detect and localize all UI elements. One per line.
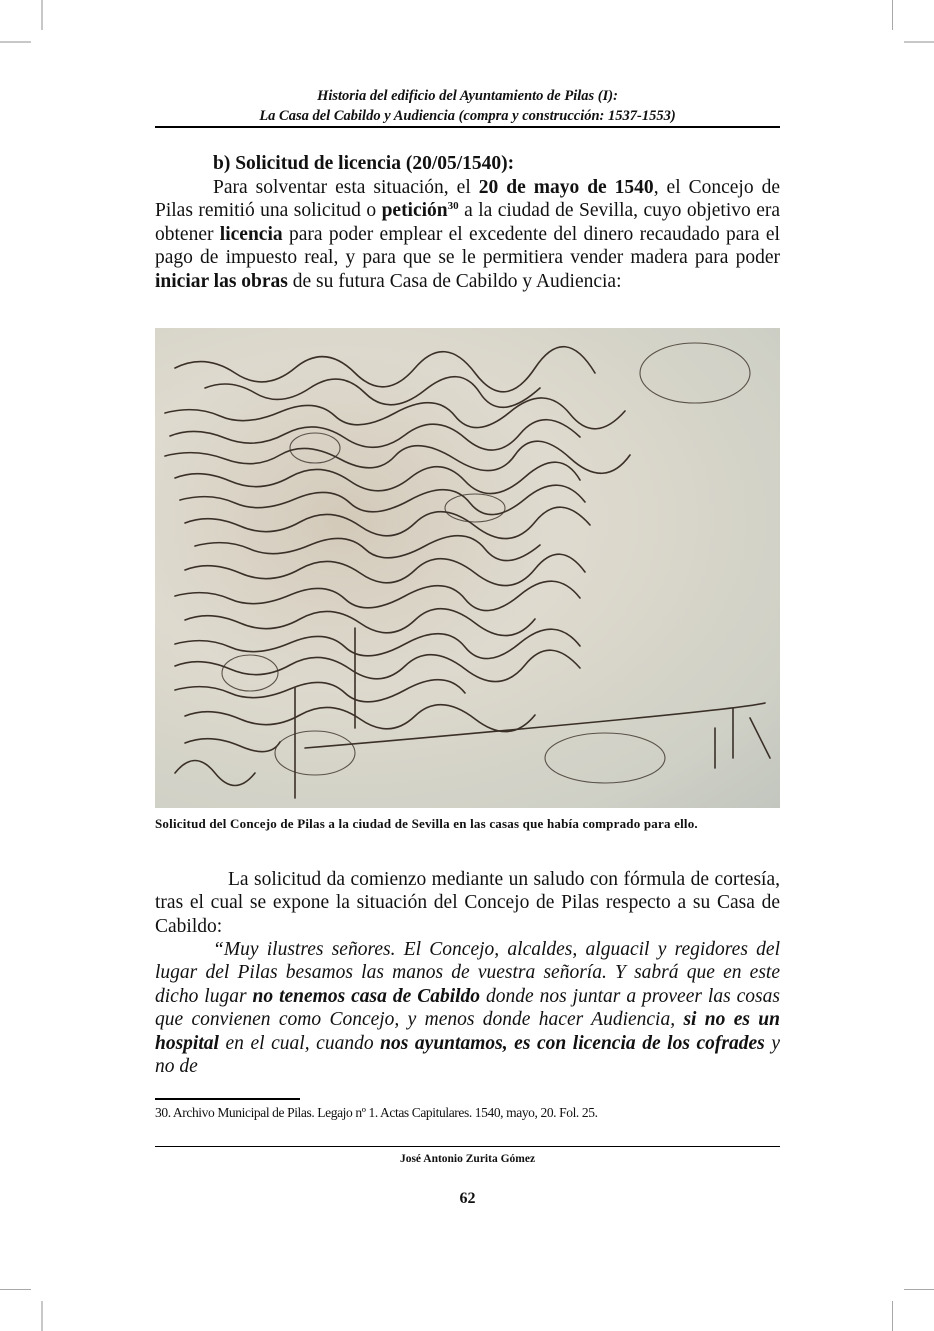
quotation: “Muy ilustres señores. El Concejo, alcal… — [155, 938, 780, 1078]
paragraph-2: La solicitud da comienzo mediante un sal… — [155, 868, 780, 938]
running-header-line1: Historia del edificio del Ayuntamiento d… — [155, 86, 780, 106]
header-rule — [155, 126, 780, 128]
crop-mark — [41, 1301, 43, 1331]
crop-mark — [41, 0, 43, 30]
crop-mark — [904, 41, 934, 43]
paragraph-1: Para solventar esta situación, el 20 de … — [155, 176, 780, 293]
crop-mark — [892, 1301, 893, 1331]
page-number: 62 — [155, 1190, 780, 1208]
section-heading: b) Solicitud de licencia (20/05/1540): — [213, 152, 514, 176]
footer-author: José Antonio Zurita Gómez — [155, 1153, 780, 1165]
footnote-rule — [155, 1098, 300, 1100]
crop-mark — [892, 0, 893, 30]
footer-rule — [155, 1146, 780, 1147]
manuscript-handwriting-image — [155, 328, 780, 808]
figure-caption: Solicitud del Concejo de Pilas a la ciud… — [155, 815, 780, 833]
crop-mark — [0, 41, 31, 43]
footnote-30: 30. Archivo Municipal de Pilas. Legajo n… — [155, 1104, 598, 1122]
running-header: Historia del edificio del Ayuntamiento d… — [155, 86, 780, 126]
running-header-line2: La Casa del Cabildo y Audiencia (compra … — [155, 106, 780, 126]
crop-mark — [904, 1289, 934, 1290]
crop-mark — [0, 1289, 31, 1290]
manuscript-photo — [155, 328, 780, 808]
footnote-ref[interactable]: 30 — [448, 200, 459, 212]
